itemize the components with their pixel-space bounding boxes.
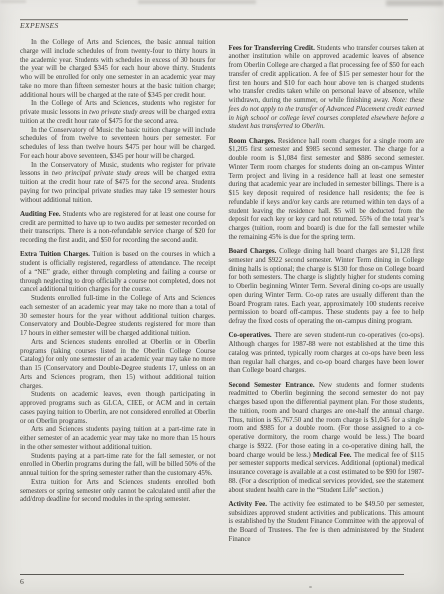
body-text: Arts and Sciences students paying tuitio…	[20, 425, 216, 451]
paragraph: Arts and Sciences students paying tuitio…	[20, 425, 216, 451]
body-text: Extra tuition for Arts and Sciences stud…	[20, 478, 216, 504]
paragraph-heading: Activity Fee.	[229, 500, 270, 508]
paragraph: Students enrolled full-time in the Colle…	[20, 294, 216, 338]
body-text: Residence hall room charges for a single…	[229, 137, 425, 241]
body-text: Students enrolled full-time in the Colle…	[20, 294, 216, 337]
scan-speck	[309, 586, 312, 588]
body-text: Arts and Sciences students enrolled at O…	[20, 338, 216, 390]
paragraph: Students paying at a part-time rate for …	[20, 452, 216, 478]
italic-text: second	[154, 178, 173, 186]
paragraph: Second Semester Entrance. New students a…	[229, 381, 425, 495]
right-column: Fees for Transferring Credit. Students w…	[229, 38, 425, 572]
paragraph: Arts and Sciences students enrolled at O…	[20, 338, 216, 391]
paragraph: Extra tuition for Arts and Sciences stud…	[20, 478, 216, 504]
paragraph: Board Charges. College dining hall board…	[229, 247, 425, 326]
paragraph: Extra Tuition Charges. Tuition is based …	[20, 250, 216, 294]
paragraph-heading: Auditing Fee.	[20, 210, 63, 218]
body-text: In the College of Arts and Sciences, the…	[20, 38, 216, 99]
paragraph: In the Conservatory of Music, students w…	[20, 161, 216, 205]
scan-smudge	[0, 0, 26, 3]
italic-text: two principal private study areas	[52, 169, 150, 177]
footer-rule	[20, 574, 404, 575]
paragraph: In the College of Arts and Sciences, the…	[20, 38, 216, 99]
paragraph-heading: Board Charges.	[229, 247, 280, 255]
paragraph: Fees for Transferring Credit. Students w…	[229, 44, 425, 132]
text-columns: In the College of Arts and Sciences, the…	[20, 38, 424, 572]
page: EXPENSES In the College of Arts and Scie…	[0, 0, 444, 594]
paragraph: Auditing Fee. Students who are registere…	[20, 210, 216, 245]
paragraph: In the College of Arts and Sciences, stu…	[20, 99, 216, 125]
body-text: New students and former students readmit…	[229, 381, 425, 459]
paragraph: In the Conservatory of Music the basic t…	[20, 126, 216, 161]
paragraph-heading: Co-operatives.	[229, 331, 275, 339]
paragraph-heading: Fees for Transferring Credit.	[229, 44, 317, 52]
paragraph: Students on academic leaves, even though…	[20, 390, 216, 425]
scan-smudge	[138, 0, 256, 4]
header-rule	[20, 19, 408, 20]
body-text: Students paying at a part-time rate for …	[20, 452, 216, 478]
left-column: In the College of Arts and Sciences, the…	[20, 38, 216, 572]
paragraph: Room Charges. Residence hall room charge…	[229, 137, 425, 242]
paragraph-heading: Second Semester Entrance.	[229, 381, 319, 389]
paragraph-heading: Room Charges.	[229, 137, 278, 145]
body-text: In the Conservatory of Music the basic t…	[20, 126, 216, 160]
paragraph: Co-operatives. There are seven student-r…	[229, 331, 425, 375]
page-number: 6	[20, 577, 24, 586]
body-text: Students on academic leaves, even though…	[20, 390, 216, 424]
body-text: College dining hall board charges are $1…	[229, 247, 425, 325]
body-text: Students who transfer courses taken at a…	[229, 44, 425, 105]
bold-text: Medical Fee.	[313, 451, 352, 459]
paragraph-heading: Extra Tuition Charges.	[20, 250, 92, 258]
italic-text: two private study areas	[89, 108, 154, 116]
scan-smudge	[386, 0, 444, 6]
page-title: EXPENSES	[20, 21, 59, 30]
paragraph: Activity Fee. The activity fee estimated…	[229, 500, 425, 544]
